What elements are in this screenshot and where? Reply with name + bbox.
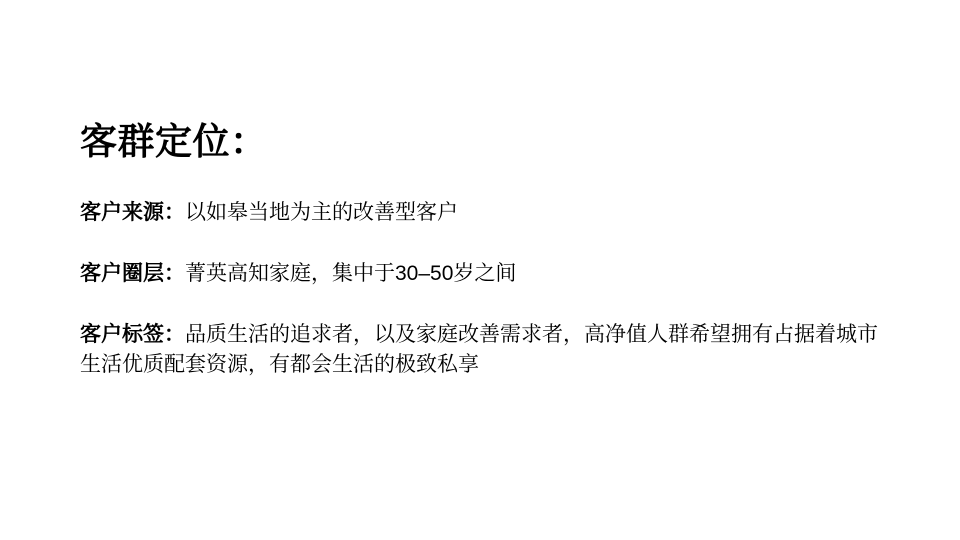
paragraph-customer-tags-label: 客户标签： [80, 323, 185, 346]
paragraph-customer-source-text: 以如皋当地为主的改善型客户 [185, 201, 458, 224]
paragraph-customer-tags: 客户标签：品质生活的追求者，以及家庭改善需求者，高净值人群希望拥有占据着城市生活… [80, 320, 880, 380]
paragraph-customer-source-label: 客户来源： [80, 201, 185, 224]
paragraph-customer-circle-text: 菁英高知家庭，集中于30–50岁之间 [185, 262, 516, 285]
presentation-slide: 客群定位： 客户来源：以如皋当地为主的改善型客户 客户圈层：菁英高知家庭，集中于… [0, 0, 960, 540]
paragraph-customer-source: 客户来源：以如皋当地为主的改善型客户 [80, 198, 880, 228]
paragraph-customer-tags-text: 品质生活的追求者，以及家庭改善需求者，高净值人群希望拥有占据着城市生活优质配套资… [80, 323, 878, 376]
slide-title: 客群定位： [80, 120, 268, 164]
slide-body: 客户来源：以如皋当地为主的改善型客户 客户圈层：菁英高知家庭，集中于30–50岁… [80, 198, 880, 411]
paragraph-customer-circle-label: 客户圈层： [80, 262, 185, 285]
paragraph-customer-circle: 客户圈层：菁英高知家庭，集中于30–50岁之间 [80, 259, 880, 289]
